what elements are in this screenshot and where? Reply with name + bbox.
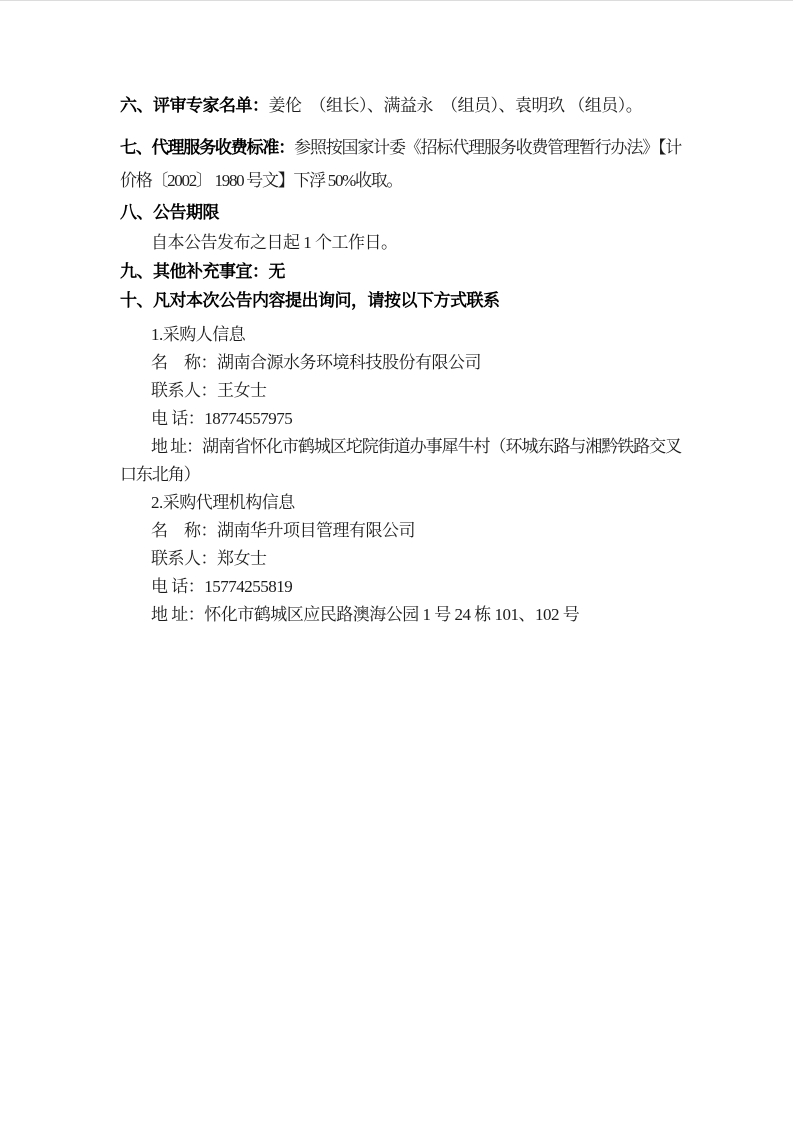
purchaser-phone-value: 18774557975 xyxy=(204,409,292,428)
item-7-label: 七、代理服务收费标准： xyxy=(120,138,294,157)
item-9-other-matters: 九、其他补充事宜：无 xyxy=(120,257,681,286)
document-page: 六、评审专家名单：姜伦 （组长）、满益永 （组员）、袁明玖 （组员）。 七、代理… xyxy=(0,0,793,1121)
agency-name-row: 名 称：湖南华升项目管理有限公司 xyxy=(120,517,681,545)
agency-phone-row: 电 话：15774255819 xyxy=(120,573,681,601)
item-6-expert-list: 六、评审专家名单：姜伦 （组长）、满益永 （组员）、袁明玖 （组员）。 xyxy=(120,89,681,122)
agency-address-row: 地 址：怀化市鹤城区应民路澳海公园 1 号 24 栋 101、102 号 xyxy=(120,601,681,629)
item-9-label: 九、其他补充事宜：无 xyxy=(120,262,285,281)
purchaser-name-label: 名 称： xyxy=(151,353,217,372)
agency-contact-row: 联系人：郑女士 xyxy=(120,545,681,573)
purchaser-address-row: 地 址：湖南省怀化市鹤城区坨院街道办事犀牛村（环城东路与湘黔铁路交叉口东北角） xyxy=(120,433,681,489)
agency-contact-label: 联系人： xyxy=(151,549,217,568)
agency-phone-label: 电 话： xyxy=(151,577,204,596)
agency-info-heading: 2.采购代理机构信息 xyxy=(120,489,681,517)
purchaser-info-heading: 1.采购人信息 xyxy=(120,321,681,349)
purchaser-phone-label: 电 话： xyxy=(151,409,204,428)
purchaser-address-label: 地 址： xyxy=(151,437,202,456)
agency-name-value: 湖南华升项目管理有限公司 xyxy=(217,521,415,540)
item-10-contact-intro: 十、凡对本次公告内容提出询问，请按以下方式联系 xyxy=(120,286,681,316)
purchaser-name-row: 名 称：湖南合源水务环境科技股份有限公司 xyxy=(120,349,681,377)
agency-phone-value: 15774255819 xyxy=(204,577,292,596)
item-7-agency-fee: 七、代理服务收费标准：参照按国家计委《招标代理服务收费管理暂行办法》【计价格〔2… xyxy=(120,131,681,197)
item-8-announcement-period: 八、公告期限 xyxy=(120,197,681,228)
agency-address-value: 怀化市鹤城区应民路澳海公园 1 号 24 栋 101、102 号 xyxy=(204,605,579,624)
agency-address-label: 地 址： xyxy=(151,605,204,624)
agency-contact-value: 郑女士 xyxy=(217,549,267,568)
purchaser-name-value: 湖南合源水务环境科技股份有限公司 xyxy=(217,353,481,372)
purchaser-contact-label: 联系人： xyxy=(151,381,217,400)
item-10-label: 十、凡对本次公告内容提出询问，请按以下方式联系 xyxy=(120,291,500,310)
item-6-text: 姜伦 （组长）、满益永 （组员）、袁明玖 （组员）。 xyxy=(269,96,643,115)
purchaser-contact-row: 联系人：王女士 xyxy=(120,377,681,405)
purchaser-contact-value: 王女士 xyxy=(217,381,267,400)
purchaser-address-value: 湖南省怀化市鹤城区坨院街道办事犀牛村（环城东路与湘黔铁路交叉口东北角） xyxy=(120,437,681,484)
agency-name-label: 名 称： xyxy=(151,521,217,540)
item-6-label: 六、评审专家名单： xyxy=(120,96,269,115)
item-8-label: 八、公告期限 xyxy=(120,203,219,222)
purchaser-phone-row: 电 话：18774557975 xyxy=(120,405,681,433)
item-8-body: 自本公告发布之日起 1 个工作日。 xyxy=(120,228,681,257)
